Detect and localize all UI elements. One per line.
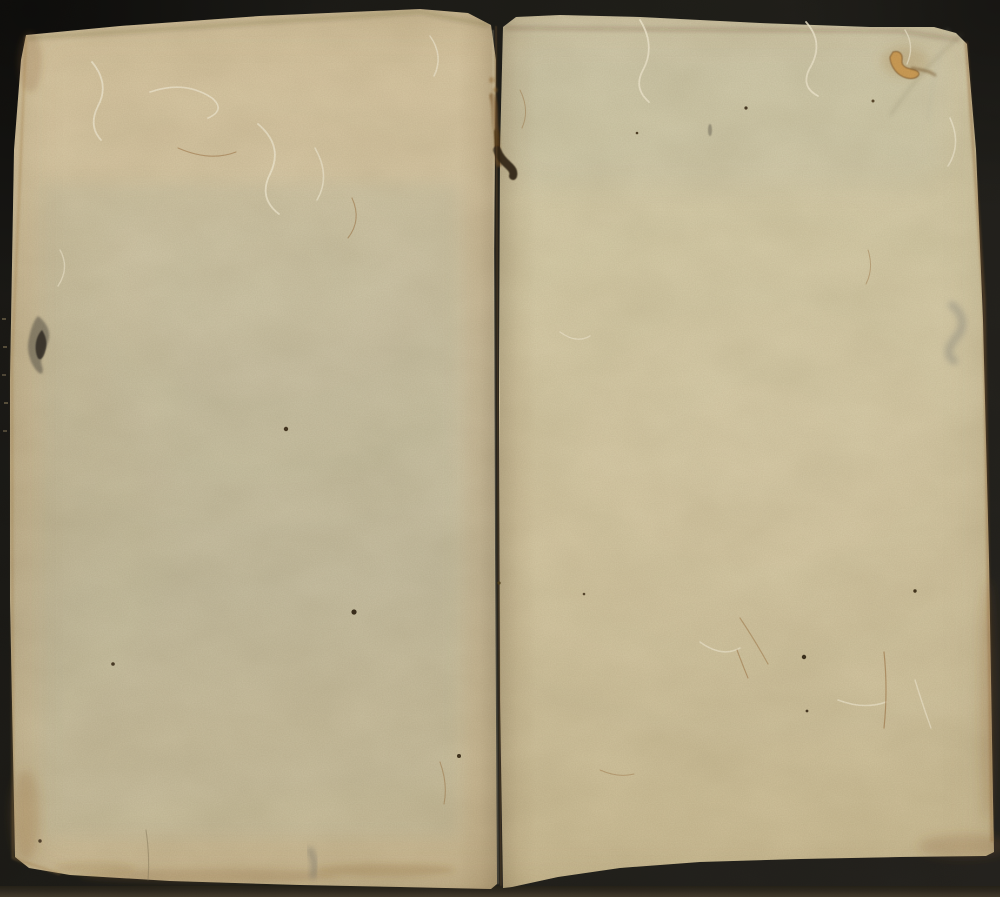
book-block-bottom-edge — [0, 886, 1000, 897]
gutter-shadow-left — [458, 0, 497, 897]
paper-tone-variation — [505, 38, 945, 188]
gutter-shadow-right — [500, 0, 536, 897]
book-scan: ╪╂▤┼╬ ╫╋╁▦╇┼╪╂≡╫╉ ▧╁┿╬╀╬┿╫▨╂╪╀▤╋ ╁╇╉▦┼╫╪… — [0, 0, 1000, 897]
